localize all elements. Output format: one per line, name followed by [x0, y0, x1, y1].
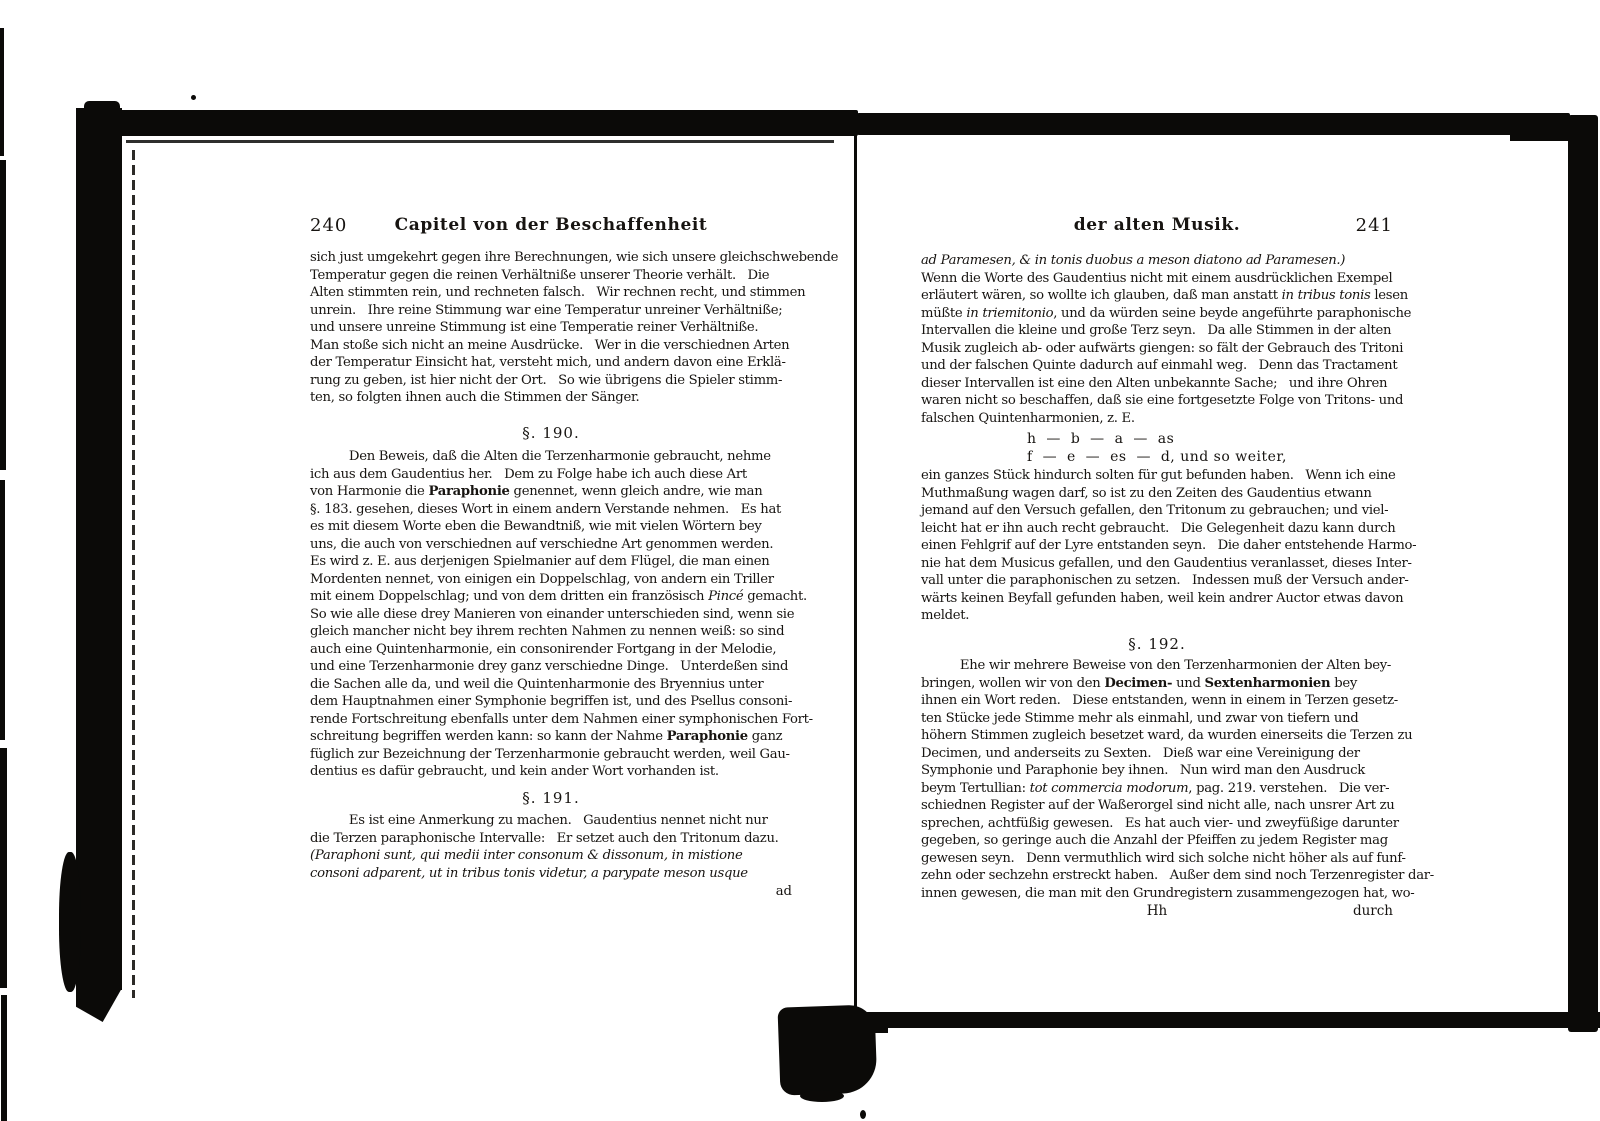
text-line: rung zu geben, ist hier nicht der Ort. S…: [310, 372, 792, 390]
text-line: von Harmonie die Paraphonie genennet, we…: [310, 483, 792, 501]
text-line: consoni adparent, ut in tribus tonis vid…: [310, 865, 792, 883]
text-line: (Paraphoni sunt, qui medii inter consonu…: [310, 847, 792, 865]
text-line: es mit diesem Worte eben die Bewandtniß,…: [310, 518, 792, 536]
left-page-inner-rule: [126, 140, 834, 143]
section-192-paragraph: Ehe wir mehrere Beweise von den Terzenha…: [921, 657, 1393, 902]
text-line: sprechen, achtfüßig gewesen. Es hat auch…: [921, 815, 1393, 833]
text-line: dieser Intervallen ist eine den Alten un…: [921, 375, 1393, 393]
right-page-frame-top: [857, 113, 1570, 135]
text-line: dem Hauptnahmen einer Symphonie begriffe…: [310, 693, 792, 711]
right-page-frame-streak: [1595, 170, 1598, 390]
text-line: Man stoße sich nicht an meine Ausdrücke.…: [310, 337, 792, 355]
left-page-number: 240: [310, 215, 347, 236]
text-line: und unsere unreine Stimmung ist eine Tem…: [310, 319, 792, 337]
text-line: sich just umgekehrt gegen ihre Berechnun…: [310, 249, 792, 267]
text-line: Symphonie und Paraphonie bey ihnen. Nun …: [921, 762, 1393, 780]
left-page-frame-bulge: [59, 852, 81, 992]
text-line: ten Stücke jede Stimme mehr als einmahl,…: [921, 710, 1393, 728]
left-catchword: ad: [310, 884, 792, 899]
left-page-inner-rule-vertical: [132, 150, 135, 998]
text-line: füglich zur Bezeichnung der Terzenharmon…: [310, 746, 792, 764]
right-paragraph-after-music: ein ganzes Stück hindurch solten für gut…: [921, 467, 1393, 625]
text-line: müßte in triemitonio, und da würden sein…: [921, 305, 1393, 323]
text-line: ein ganzes Stück hindurch solten für gut…: [921, 467, 1393, 485]
text-line: Den Beweis, daß die Alten die Terzenharm…: [310, 448, 792, 466]
right-running-title: der alten Musik.: [921, 215, 1393, 235]
section-191-paragraph: Es ist eine Anmerkung zu machen. Gaudent…: [310, 812, 792, 882]
scan-edge-artifact: [1, 995, 7, 1121]
text-line: schiednen Register auf der Waßerorgel si…: [921, 797, 1393, 815]
text-line: Es ist eine Anmerkung zu machen. Gaudent…: [310, 812, 792, 830]
text-line: erläutert wären, so wollte ich glauben, …: [921, 287, 1393, 305]
text-line: Alten stimmten rein, und rechneten falsc…: [310, 284, 792, 302]
right-page-header: der alten Musik. 241: [921, 215, 1393, 243]
text-line: und eine Terzenharmonie drey ganz versch…: [310, 658, 792, 676]
text-line: gewesen seyn. Denn vermuthlich wird sich…: [921, 850, 1393, 868]
scan-speck: [860, 1110, 866, 1119]
left-paragraph-intro: sich just umgekehrt gegen ihre Berechnun…: [310, 249, 792, 407]
text-line: ihnen ein Wort reden. Diese entstanden, …: [921, 692, 1393, 710]
text-line: Decimen, und anderseits zu Sexten. Dieß …: [921, 745, 1393, 763]
text-line: unrein. Ihre reine Stimmung war eine Tem…: [310, 302, 792, 320]
text-line: jemand auf den Versuch gefallen, den Tri…: [921, 502, 1393, 520]
text-line: Muthmaßung wagen darf, so ist zu den Zei…: [921, 485, 1393, 503]
text-line: ten, so folgten ihnen auch die Stimmen d…: [310, 389, 792, 407]
left-running-title: Capitel von der Beschaffenheit: [310, 215, 792, 235]
text-line: Musik zugleich ab- oder aufwärts giengen…: [921, 340, 1393, 358]
music-line: f — e — es — d, und so weiter,: [1027, 449, 1499, 467]
text-line: höhern Stimmen zugleich besetzet ward, d…: [921, 727, 1393, 745]
text-line: Es wird z. E. aus derjenigen Spielmanier…: [310, 553, 792, 571]
left-page-frame-left: [76, 108, 122, 990]
text-line: gegeben, so geringe auch die Anzahl der …: [921, 832, 1393, 850]
text-line: dentius es dafür gebraucht, und kein and…: [310, 763, 792, 781]
gutter-ink-blob-tail: [800, 1090, 844, 1102]
text-line: §. 183. gesehen, dieses Wort in einem an…: [310, 501, 792, 519]
gutter-fold-line: [854, 130, 857, 1012]
section-192-heading: §. 192.: [921, 635, 1393, 653]
text-line: beym Tertullian: tot commercia modorum, …: [921, 780, 1393, 798]
text-line: gleich mancher nicht bey ihrem rechten N…: [310, 623, 792, 641]
text-line: schreitung begriffen werden kann: so kan…: [310, 728, 792, 746]
text-line: einen Fehlgrif auf der Lyre entstanden s…: [921, 537, 1393, 555]
text-line: Wenn die Worte des Gaudentius nicht mit …: [921, 270, 1393, 288]
section-190-heading: §. 190.: [310, 424, 792, 442]
text-line: Ehe wir mehrere Beweise von den Terzenha…: [921, 657, 1393, 675]
text-line: die Sachen alle da, und weil die Quinten…: [310, 676, 792, 694]
sheet-signature: Hh: [1147, 903, 1167, 919]
music-line: h — b — a — as: [1027, 431, 1499, 449]
left-page-frame-top: [88, 110, 858, 136]
text-line: innen gewesen, die man mit den Grundregi…: [921, 885, 1393, 903]
right-page-frame-bottom: [856, 1012, 1600, 1028]
right-page-number: 241: [1356, 215, 1393, 236]
scan-edge-artifact: [0, 160, 6, 470]
text-line: ich aus dem Gaudentius her. Dem zu Folge…: [310, 466, 792, 484]
right-page-frame-lip: [862, 1026, 888, 1033]
text-line: bringen, wollen wir von den Decimen- und…: [921, 675, 1393, 693]
music-note-example: h — b — a — asf — e — es — d, und so wei…: [921, 431, 1499, 466]
right-page-frame-step: [1510, 132, 1570, 141]
text-line: rende Fortschreitung ebenfalls unter dem…: [310, 711, 792, 729]
section-191-heading: §. 191.: [310, 789, 792, 807]
scan-edge-artifact: [0, 480, 5, 740]
text-line: Temperatur gegen die reinen Verhältniße …: [310, 267, 792, 285]
text-line: waren nicht so beschaffen, daß sie eine …: [921, 392, 1393, 410]
scan-edge-artifact: [0, 28, 4, 156]
text-line: So wie alle diese drey Manieren von eina…: [310, 606, 792, 624]
text-line: ad Paramesen, & in tonis duobus a meson …: [921, 252, 1393, 270]
right-page-frame-right: [1568, 115, 1598, 1032]
text-line: und der falschen Quinte dadurch auf einm…: [921, 357, 1393, 375]
left-page-frame-taper: [76, 988, 122, 1022]
text-line: uns, die auch von verschiednen auf versc…: [310, 536, 792, 554]
text-line: nie hat dem Musicus gefallen, und den Ga…: [921, 555, 1393, 573]
text-line: meldet.: [921, 607, 1393, 625]
text-line: falschen Quintenharmonien, z. E.: [921, 410, 1393, 428]
text-line: leicht hat er ihn auch recht gebraucht. …: [921, 520, 1393, 538]
text-line: Mordenten nennet, von einigen ein Doppel…: [310, 571, 792, 589]
text-line: die Terzen paraphonische Intervalle: Er …: [310, 830, 792, 848]
text-line: zehn oder sechzehn erstreckt haben. Auße…: [921, 867, 1393, 885]
right-paragraph-continuation: ad Paramesen, & in tonis duobus a meson …: [921, 252, 1393, 427]
signature-line: Hh durch: [921, 903, 1393, 919]
scan-speck: [191, 95, 196, 100]
section-190-paragraph: Den Beweis, daß die Alten die Terzenharm…: [310, 448, 792, 781]
text-line: auch eine Quintenharmonie, ein consonire…: [310, 641, 792, 659]
book-scan-canvas: 240 Capitel von der Beschaffenheit sich …: [0, 0, 1600, 1121]
text-line: der Temperatur Einsicht hat, versteht mi…: [310, 354, 792, 372]
text-line: wärts keinen Beyfall gefunden haben, wei…: [921, 590, 1393, 608]
text-line: Intervallen die kleine und große Terz se…: [921, 322, 1393, 340]
text-line: vall unter die paraphonischen zu setzen.…: [921, 572, 1393, 590]
text-line: mit einem Doppelschlag; und von dem drit…: [310, 588, 792, 606]
scan-edge-artifact: [0, 748, 7, 988]
left-page-header: 240 Capitel von der Beschaffenheit: [310, 215, 792, 243]
right-catchword: durch: [1353, 903, 1393, 919]
